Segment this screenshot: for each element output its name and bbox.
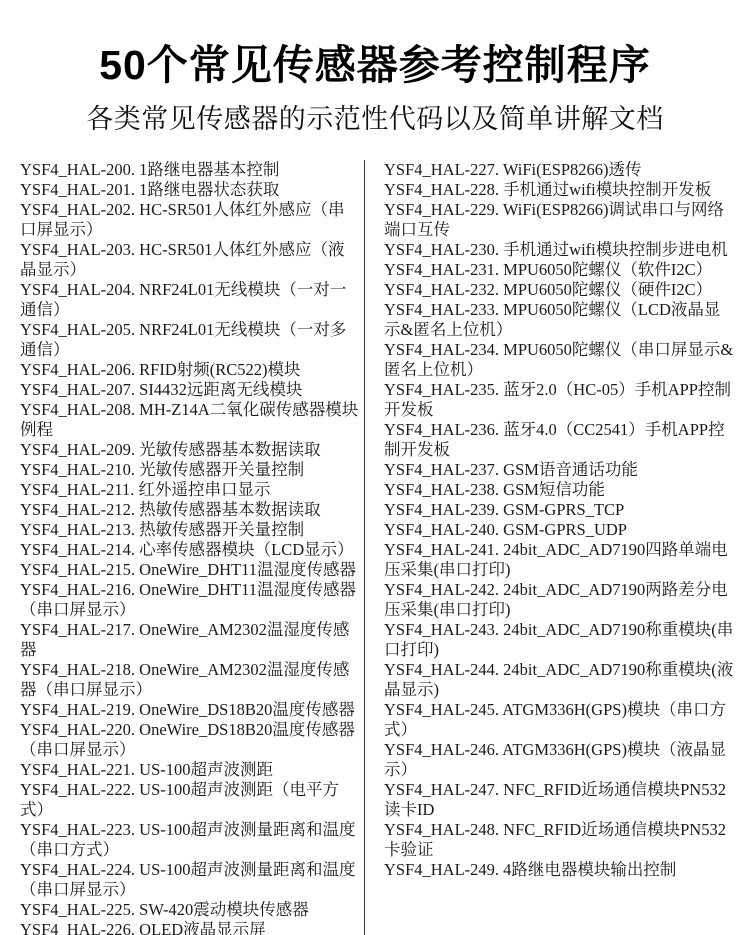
list-item: YSF4_HAL-245. ATGM336H(GPS)模块（串口方式） (384, 700, 736, 740)
list-item: YSF4_HAL-201. 1路继电器状态获取 (20, 180, 360, 200)
list-item: YSF4_HAL-219. OneWire_DS18B20温度传感器 (20, 700, 360, 720)
list-item: YSF4_HAL-208. MH-Z14A二氧化碳传感器模块例程 (20, 400, 360, 440)
list-item: YSF4_HAL-249. 4路继电器模块输出控制 (384, 860, 736, 880)
list-item: YSF4_HAL-246. ATGM336H(GPS)模块（液晶显示） (384, 740, 736, 780)
list-item: YSF4_HAL-241. 24bit_ADC_AD7190四路单端电压采集(串… (384, 540, 736, 580)
list-item: YSF4_HAL-239. GSM-GPRS_TCP (384, 500, 736, 520)
list-item: YSF4_HAL-235. 蓝牙2.0（HC-05）手机APP控制开发板 (384, 380, 736, 420)
list-item: YSF4_HAL-202. HC-SR501人体红外感应（串口屏显示） (20, 200, 360, 240)
list-item: YSF4_HAL-223. US-100超声波测量距离和温度（串口方式） (20, 820, 360, 860)
list-item: YSF4_HAL-231. MPU6050陀螺仪（软件I2C） (384, 260, 736, 280)
list-item: YSF4_HAL-207. SI4432远距离无线模块 (20, 380, 360, 400)
list-item: YSF4_HAL-205. NRF24L01无线模块（一对多通信） (20, 320, 360, 360)
list-item: YSF4_HAL-227. WiFi(ESP8266)透传 (384, 160, 736, 180)
list-item: YSF4_HAL-232. MPU6050陀螺仪（硬件I2C） (384, 280, 736, 300)
list-item: YSF4_HAL-209. 光敏传感器基本数据读取 (20, 440, 360, 460)
list-item: YSF4_HAL-216. OneWire_DHT11温湿度传感器（串口屏显示） (20, 580, 360, 620)
list-item: YSF4_HAL-248. NFC_RFID近场通信模块PN532卡验证 (384, 820, 736, 860)
toc-columns: YSF4_HAL-200. 1路继电器基本控制YSF4_HAL-201. 1路继… (20, 160, 742, 935)
document-page: 50个常见传感器参考控制程序 各类常见传感器的示范性代码以及简单讲解文档 YSF… (0, 0, 750, 935)
list-item: YSF4_HAL-213. 热敏传感器开关量控制 (20, 520, 360, 540)
list-item: YSF4_HAL-204. NRF24L01无线模块（一对一通信） (20, 280, 360, 320)
toc-column-right: YSF4_HAL-227. WiFi(ESP8266)透传YSF4_HAL-22… (384, 160, 736, 935)
list-item: YSF4_HAL-214. 心率传感器模块（LCD显示） (20, 540, 360, 560)
doc-subtitle: 各类常见传感器的示范性代码以及简单讲解文档 (0, 97, 750, 136)
column-divider (364, 160, 365, 935)
list-item: YSF4_HAL-238. GSM短信功能 (384, 480, 736, 500)
list-item: YSF4_HAL-217. OneWire_AM2302温湿度传感器 (20, 620, 360, 660)
doc-title: 50个常见传感器参考控制程序 (0, 32, 750, 91)
list-item: YSF4_HAL-221. US-100超声波测距 (20, 760, 360, 780)
list-item: YSF4_HAL-243. 24bit_ADC_AD7190称重模块(串口打印) (384, 620, 736, 660)
list-item: YSF4_HAL-222. US-100超声波测距（电平方式） (20, 780, 360, 820)
list-item: YSF4_HAL-211. 红外遥控串口显示 (20, 480, 360, 500)
list-item: YSF4_HAL-210. 光敏传感器开关量控制 (20, 460, 360, 480)
list-item: YSF4_HAL-206. RFID射频(RC522)模块 (20, 360, 360, 380)
list-item: YSF4_HAL-234. MPU6050陀螺仪（串口屏显示&匿名上位机） (384, 340, 736, 380)
list-item: YSF4_HAL-212. 热敏传感器基本数据读取 (20, 500, 360, 520)
list-item: YSF4_HAL-233. MPU6050陀螺仪（LCD液晶显示&匿名上位机） (384, 300, 736, 340)
list-item: YSF4_HAL-229. WiFi(ESP8266)调试串口与网络端口互传 (384, 200, 736, 240)
list-item: YSF4_HAL-240. GSM-GPRS_UDP (384, 520, 736, 540)
list-item: YSF4_HAL-220. OneWire_DS18B20温度传感器（串口屏显示… (20, 720, 360, 760)
list-item: YSF4_HAL-228. 手机通过wifi模块控制开发板 (384, 180, 736, 200)
list-item: YSF4_HAL-226. OLED液晶显示屏 (20, 920, 360, 935)
list-item: YSF4_HAL-230. 手机通过wifi模块控制步进电机 (384, 240, 736, 260)
list-item: YSF4_HAL-242. 24bit_ADC_AD7190两路差分电压采集(串… (384, 580, 736, 620)
list-item: YSF4_HAL-247. NFC_RFID近场通信模块PN532读卡ID (384, 780, 736, 820)
toc-column-left: YSF4_HAL-200. 1路继电器基本控制YSF4_HAL-201. 1路继… (20, 160, 360, 935)
list-item: YSF4_HAL-236. 蓝牙4.0（CC2541）手机APP控制开发板 (384, 420, 736, 460)
list-item: YSF4_HAL-203. HC-SR501人体红外感应（液晶显示） (20, 240, 360, 280)
list-item: YSF4_HAL-225. SW-420震动模块传感器 (20, 900, 360, 920)
list-item: YSF4_HAL-244. 24bit_ADC_AD7190称重模块(液晶显示) (384, 660, 736, 700)
list-item: YSF4_HAL-215. OneWire_DHT11温湿度传感器 (20, 560, 360, 580)
list-item: YSF4_HAL-200. 1路继电器基本控制 (20, 160, 360, 180)
list-item: YSF4_HAL-224. US-100超声波测量距离和温度（串口屏显示） (20, 860, 360, 900)
list-item: YSF4_HAL-218. OneWire_AM2302温湿度传感器（串口屏显示… (20, 660, 360, 700)
list-item: YSF4_HAL-237. GSM语音通话功能 (384, 460, 736, 480)
